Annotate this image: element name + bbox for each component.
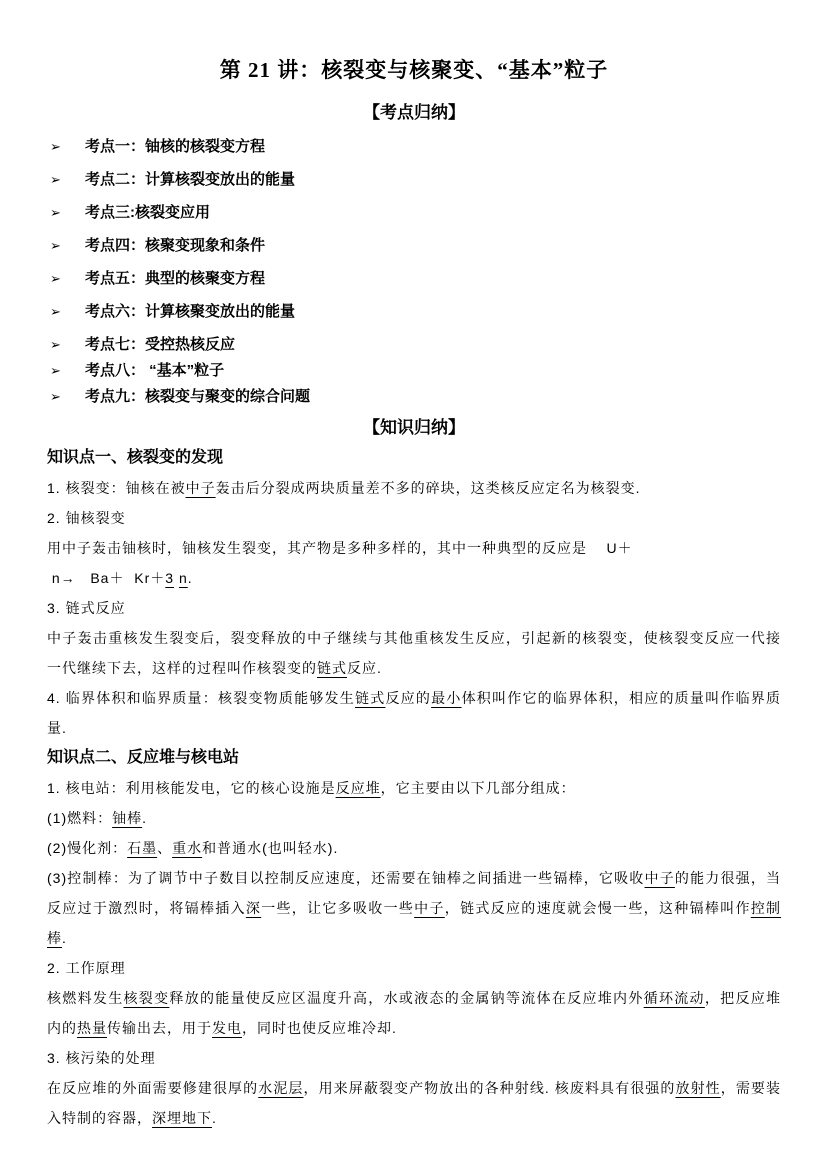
kp1-paragraph-reaction-equation: n→ Ba＋ Kr＋3 n.	[47, 563, 781, 593]
exam-point-label: 考点三:核裂变应用	[85, 203, 210, 223]
kp2-paragraph-working-principle: 核燃料发生核裂变释放的能量使反应区温度升高，水或液态的金属钠等流体在反应堆内外循…	[47, 983, 781, 1043]
kp2-paragraph-control-rods: (3)控制棒：为了调节中子数目以控制反应速度，还需要在铀棒之间插进一些镉棒，它吸…	[47, 863, 781, 953]
exam-point-item: ➢ 考点三:核裂变应用	[50, 203, 781, 223]
kp2-paragraph-working-principle-title: 2. 工作原理	[47, 953, 781, 983]
exam-point-label: 考点四：核聚变现象和条件	[85, 236, 265, 256]
exam-point-label: 考点七：受控热核反应	[85, 335, 235, 355]
exam-point-item: ➢ 考点一：铀核的核裂变方程	[50, 137, 781, 157]
page-title: 第 21 讲：核裂变与核聚变、“基本”粒子	[47, 54, 781, 84]
kp1-paragraph-reaction-intro: 用中子轰击铀核时，铀核发生裂变，其产物是多种多样的，其中一种典型的反应是 U＋	[47, 533, 781, 563]
exam-point-item: ➢ 考点二：计算核裂变放出的能量	[50, 170, 781, 190]
kp1-paragraph-critical-mass: 4. 临界体积和临界质量：核裂变物质能够发生链式反应的最小体积叫作它的临界体积，…	[47, 683, 781, 743]
arrow-bullet-icon: ➢	[50, 203, 85, 223]
document-page: 第 21 讲：核裂变与核聚变、“基本”粒子 【考点归纳】 ➢ 考点一：铀核的核裂…	[0, 0, 827, 1169]
exam-point-item: ➢ 考点五：典型的核聚变方程	[50, 269, 781, 289]
arrow-bullet-icon: ➢	[50, 236, 85, 256]
kp1-paragraph-fission-definition: 1. 核裂变：铀核在被中子轰击后分裂成两块质量差不多的碎块，这类核反应定名为核裂…	[47, 473, 781, 503]
arrow-bullet-icon: ➢	[50, 137, 85, 157]
kp2-paragraph-waste-handling: 在反应堆的外面需要修建很厚的水泥层，用来屏蔽裂变产物放出的各种射线. 核废料具有…	[47, 1073, 781, 1133]
arrow-bullet-icon: ➢	[50, 170, 85, 190]
exam-point-item: ➢ 考点四：核聚变现象和条件	[50, 236, 781, 256]
exam-point-item: ➢ 考点八： “基本”粒子	[50, 361, 781, 381]
arrow-bullet-icon: ➢	[50, 335, 85, 355]
exam-point-label: 考点一：铀核的核裂变方程	[85, 137, 265, 157]
arrow-bullet-icon: ➢	[50, 269, 85, 289]
kp1-paragraph-chain-reaction-title: 3. 链式反应	[47, 593, 781, 623]
knowledge-header: 【知识归纳】	[47, 413, 781, 443]
kp2-paragraph-moderator: (2)慢化剂：石墨、重水和普通水(也叫轻水).	[47, 833, 781, 863]
exam-point-label: 考点九：核裂变与聚变的综合问题	[85, 387, 310, 407]
kp2-paragraph-fuel: (1)燃料：铀棒.	[47, 803, 781, 833]
kp1-paragraph-uranium-fission-title: 2. 铀核裂变	[47, 503, 781, 533]
kp2-paragraph-power-plant: 1. 核电站：利用核能发电，它的核心设施是反应堆，它主要由以下几部分组成：	[47, 773, 781, 803]
exam-point-label: 考点二：计算核裂变放出的能量	[85, 170, 295, 190]
kp1-paragraph-chain-reaction: 中子轰击重核发生裂变后，裂变释放的中子继续与其他重核发生反应，引起新的核裂变，使…	[47, 623, 781, 683]
kp1-heading: 知识点一、核裂变的发现	[47, 443, 781, 473]
exam-point-label: 考点五：典型的核聚变方程	[85, 269, 265, 289]
exam-point-item: ➢ 考点九：核裂变与聚变的综合问题	[50, 387, 781, 407]
arrow-bullet-icon: ➢	[50, 302, 85, 322]
exam-points-header: 【考点归纳】	[47, 98, 781, 123]
arrow-bullet-icon: ➢	[50, 361, 85, 381]
kp2-heading: 知识点二、反应堆与核电站	[47, 743, 781, 773]
exam-point-item: ➢ 考点六：计算核聚变放出的能量	[50, 302, 781, 322]
exam-point-item: ➢ 考点七：受控热核反应	[50, 335, 781, 355]
arrow-bullet-icon: ➢	[50, 387, 85, 407]
exam-point-label: 考点八： “基本”粒子	[85, 361, 224, 381]
kp2-paragraph-waste-title: 3. 核污染的处理	[47, 1043, 781, 1073]
exam-points-list: ➢ 考点一：铀核的核裂变方程 ➢ 考点二：计算核裂变放出的能量 ➢ 考点三:核裂…	[47, 137, 781, 407]
exam-point-label: 考点六：计算核聚变放出的能量	[85, 302, 295, 322]
